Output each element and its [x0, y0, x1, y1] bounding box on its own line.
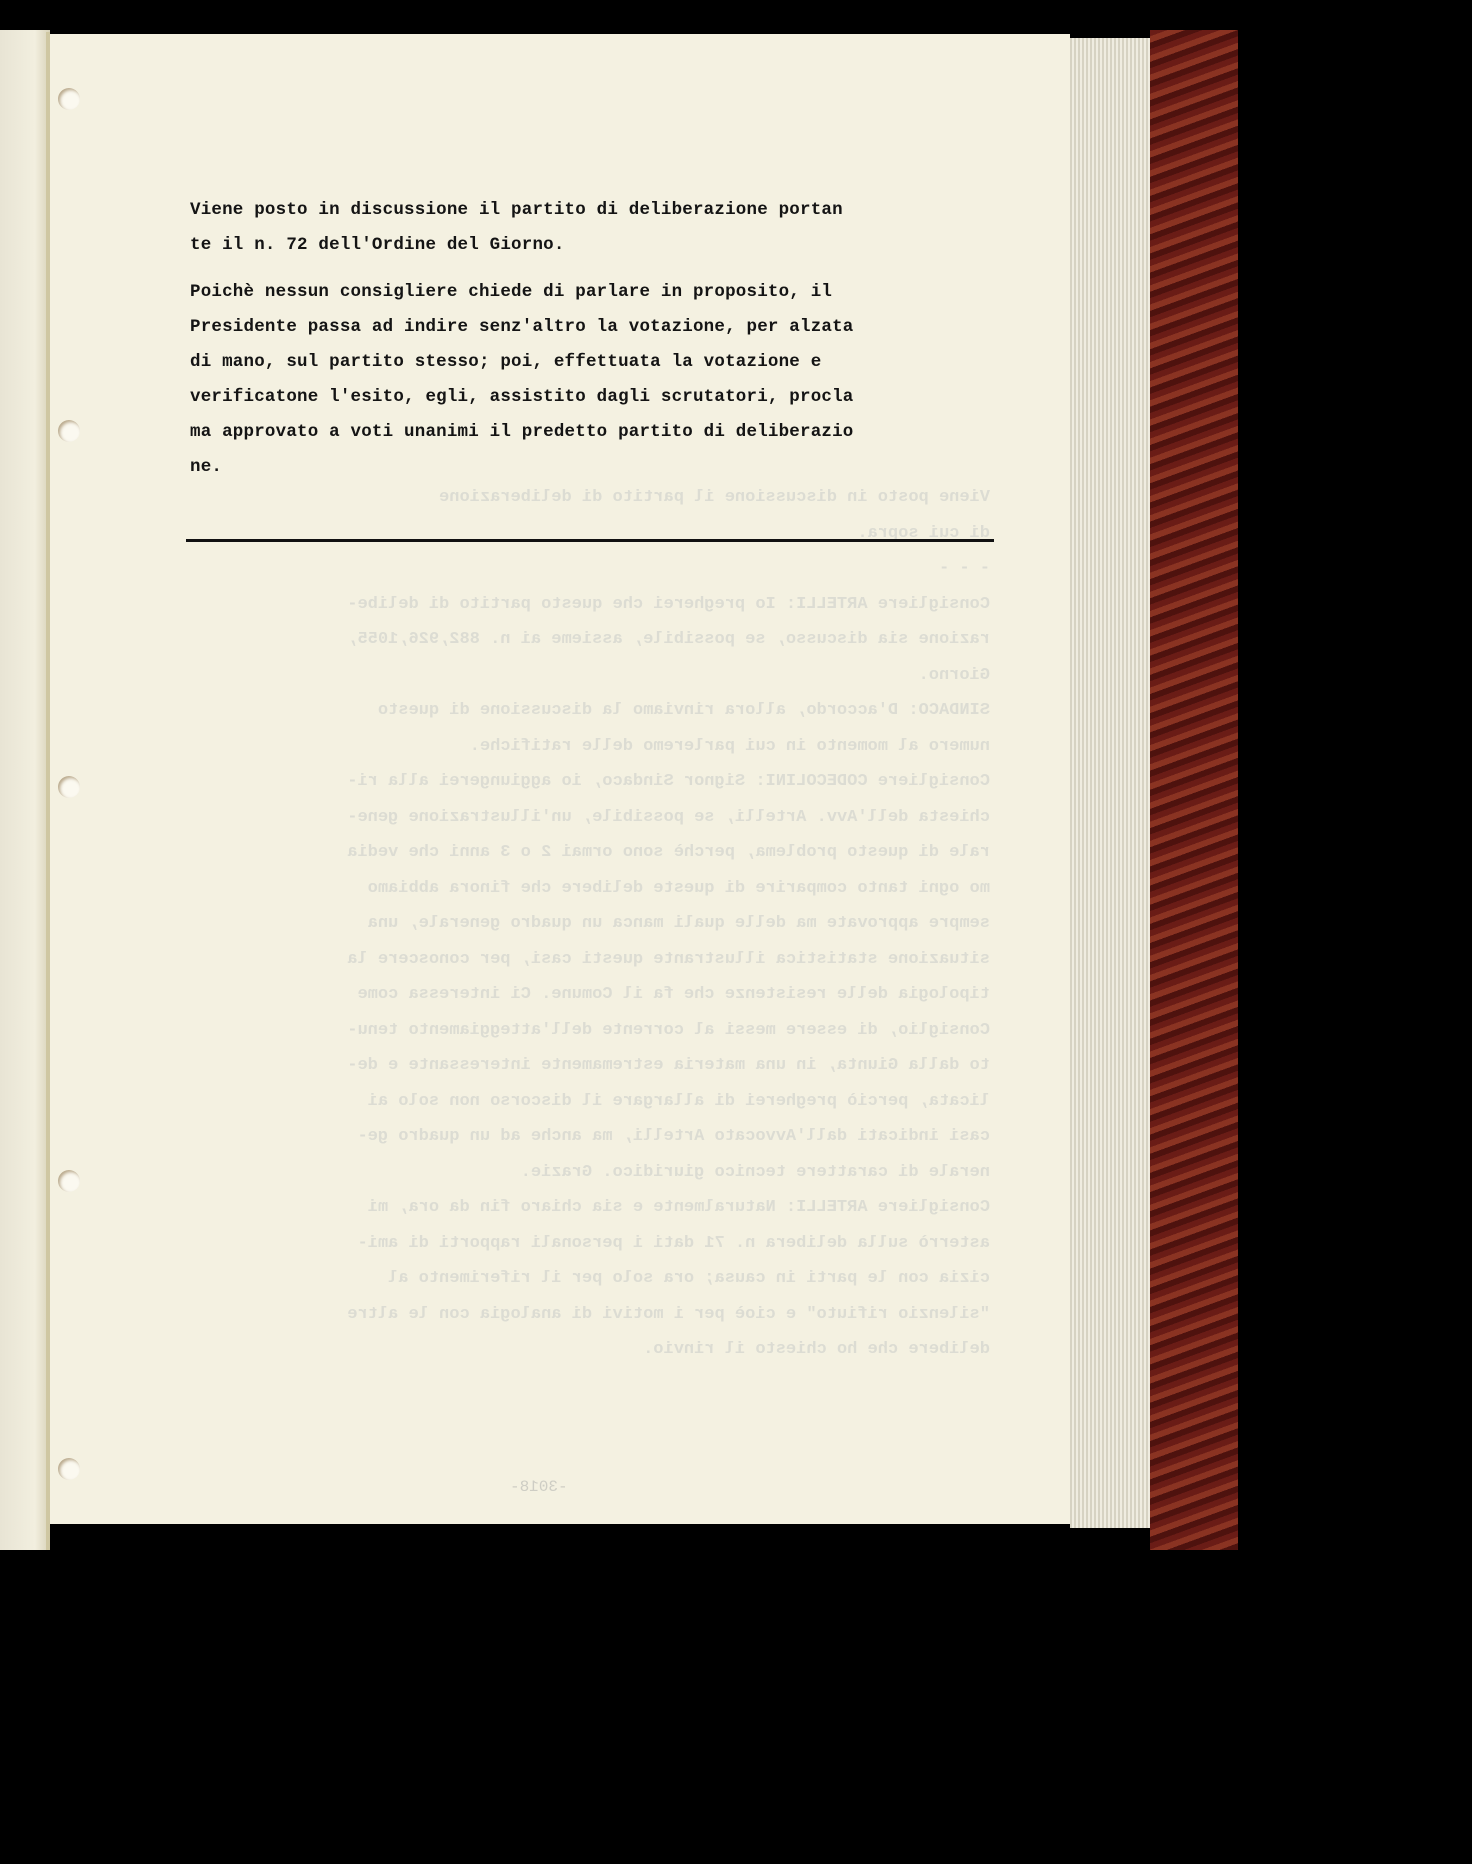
text-line: te il n. 72 dell'Ordine del Giorno. — [190, 228, 980, 263]
binding-hole — [58, 776, 80, 798]
binding-hole — [58, 1170, 80, 1192]
text-line: Presidente passa ad indire senz'altro la… — [190, 310, 980, 345]
text-line: ne. — [190, 450, 980, 485]
typed-text: Viene posto in discussione il partito di… — [190, 193, 980, 485]
text-line: verificatone l'esito, egli, assistito da… — [190, 380, 980, 415]
bleed-through-text: Viene posto in discussione il partito di… — [160, 480, 990, 1368]
text-line: Viene posto in discussione il partito di… — [190, 193, 980, 228]
binding-hole — [58, 1458, 80, 1480]
text-line: Poichè nessun consigliere chiede di parl… — [190, 275, 980, 310]
binding-hole — [58, 88, 80, 110]
book-cover — [1150, 30, 1238, 1550]
facing-page-edge — [0, 30, 50, 1550]
page-stack-edge — [1070, 38, 1152, 1528]
section-divider — [186, 539, 994, 542]
text-line: di mano, sul partito stesso; poi, effett… — [190, 345, 980, 380]
binding-hole — [58, 420, 80, 442]
page-number: -3018- — [510, 1478, 568, 1496]
text-line: ma approvato a voti unanimi il predetto … — [190, 415, 980, 450]
